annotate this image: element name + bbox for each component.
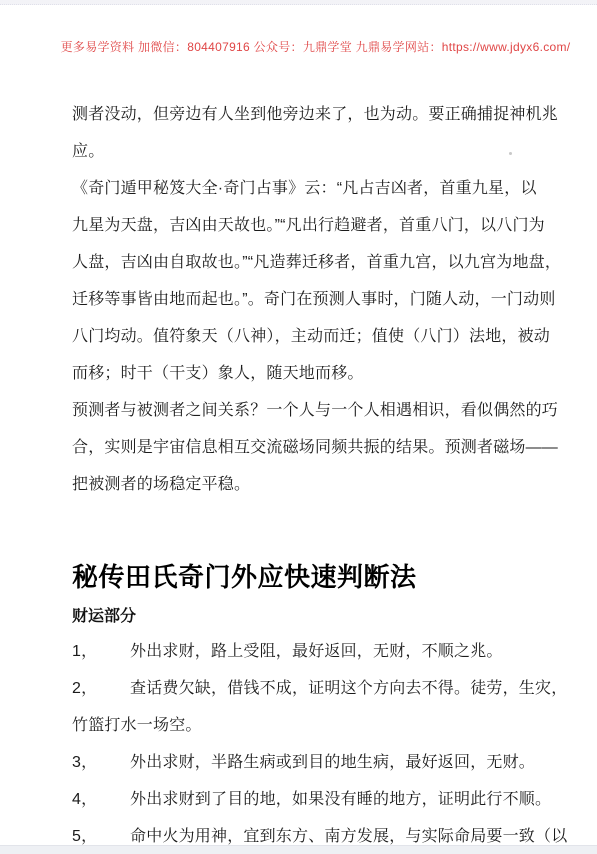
list-item-line: 2，查话费欠缺，借钱不成，证明这个方向去不得。徒劳，生灾， [72, 670, 562, 707]
scan-speck [509, 152, 512, 155]
list-item-continuation: 竹篮打水一场空。 [72, 707, 562, 744]
list-item-text: 命中火为用神，宜到东方、南方发展，与实际命局要一致（以 [130, 828, 567, 845]
watermark-header: 更多易学资料 加微信：804407916 公众号：九鼎学堂 九鼎易学网站：htt… [0, 38, 597, 55]
list-item-text: 外出求财到了目的地，如果没有睡的地方，证明此行不顺。 [130, 791, 551, 808]
document-page: 更多易学资料 加微信：804407916 公众号：九鼎学堂 九鼎易学网站：htt… [0, 0, 597, 854]
text-line: 迁移等事皆由地而起也。”。奇门在预测人事时，门随人动，一门动则 [72, 281, 562, 318]
numbered-list: 1，外出求财，路上受阻，最好返回，无财，不顺之兆。2，查话费欠缺，借钱不成，证明… [72, 633, 562, 854]
section-title: 秘传田氏奇门外应快速判断法 [72, 556, 562, 598]
list-item-text: 查话费欠缺，借钱不成，证明这个方向去不得。徒劳，生灾， [130, 680, 567, 697]
text-line: 人盘，吉凶由自取故也。”“凡造葬迁移者，首重九宫，以九宫为地盘， [72, 244, 562, 281]
list-item-number: 1， [72, 633, 130, 670]
text-line: 测者没动，但旁边有人坐到他旁边来了，也为动。要正确捕捉神机兆 [72, 96, 562, 133]
list-item-number: 2， [72, 670, 130, 707]
list-item-line: 4，外出求财到了目的地，如果没有睡的地方，证明此行不顺。 [72, 781, 562, 818]
list-item-text: 外出求财，路上受阻，最好返回，无财，不顺之兆。 [130, 643, 503, 660]
list-item-text: 外出求财，半路生病或到目的地生病，最好返回，无财。 [130, 754, 535, 771]
document-content: 测者没动，但旁边有人坐到他旁边来了，也为动。要正确捕捉神机兆应。《奇门遁甲秘笈大… [72, 96, 562, 854]
text-line: 《奇门遁甲秘笈大全·奇门占事》云：“凡占吉凶者，首重九星，以 [72, 170, 562, 207]
text-line: 应。 [72, 133, 562, 170]
list-item-line: 3，外出求财，半路生病或到目的地生病，最好返回，无财。 [72, 744, 562, 781]
text-line: 预测者与被测者之间关系？一个人与一个人相遇相识，看似偶然的巧 [72, 392, 562, 429]
text-line: 而移；时干（干支）象人，随天地而移。 [72, 355, 562, 392]
list-item-number: 4， [72, 781, 130, 818]
page-bottom-edge [0, 845, 597, 854]
text-line: 合，实则是宇宙信息相互交流磁场同频共振的结果。预测者磁场—— [72, 429, 562, 466]
text-line: 九星为天盘，吉凶由天故也。”“凡出行趋避者，首重八门，以八门为 [72, 207, 562, 244]
text-line: 八门均动。值符象天（八神），主动而迁；值使（八门）法地，被动 [72, 318, 562, 355]
text-line: 把被测者的场稳定平稳。 [72, 466, 562, 503]
paragraphs: 测者没动，但旁边有人坐到他旁边来了，也为动。要正确捕捉神机兆应。《奇门遁甲秘笈大… [72, 96, 562, 503]
list-item-number: 3， [72, 744, 130, 781]
section-subtitle: 财运部分 [72, 601, 562, 633]
list-item-line: 1，外出求财，路上受阻，最好返回，无财，不顺之兆。 [72, 633, 562, 670]
page-top-edge [0, 0, 597, 5]
